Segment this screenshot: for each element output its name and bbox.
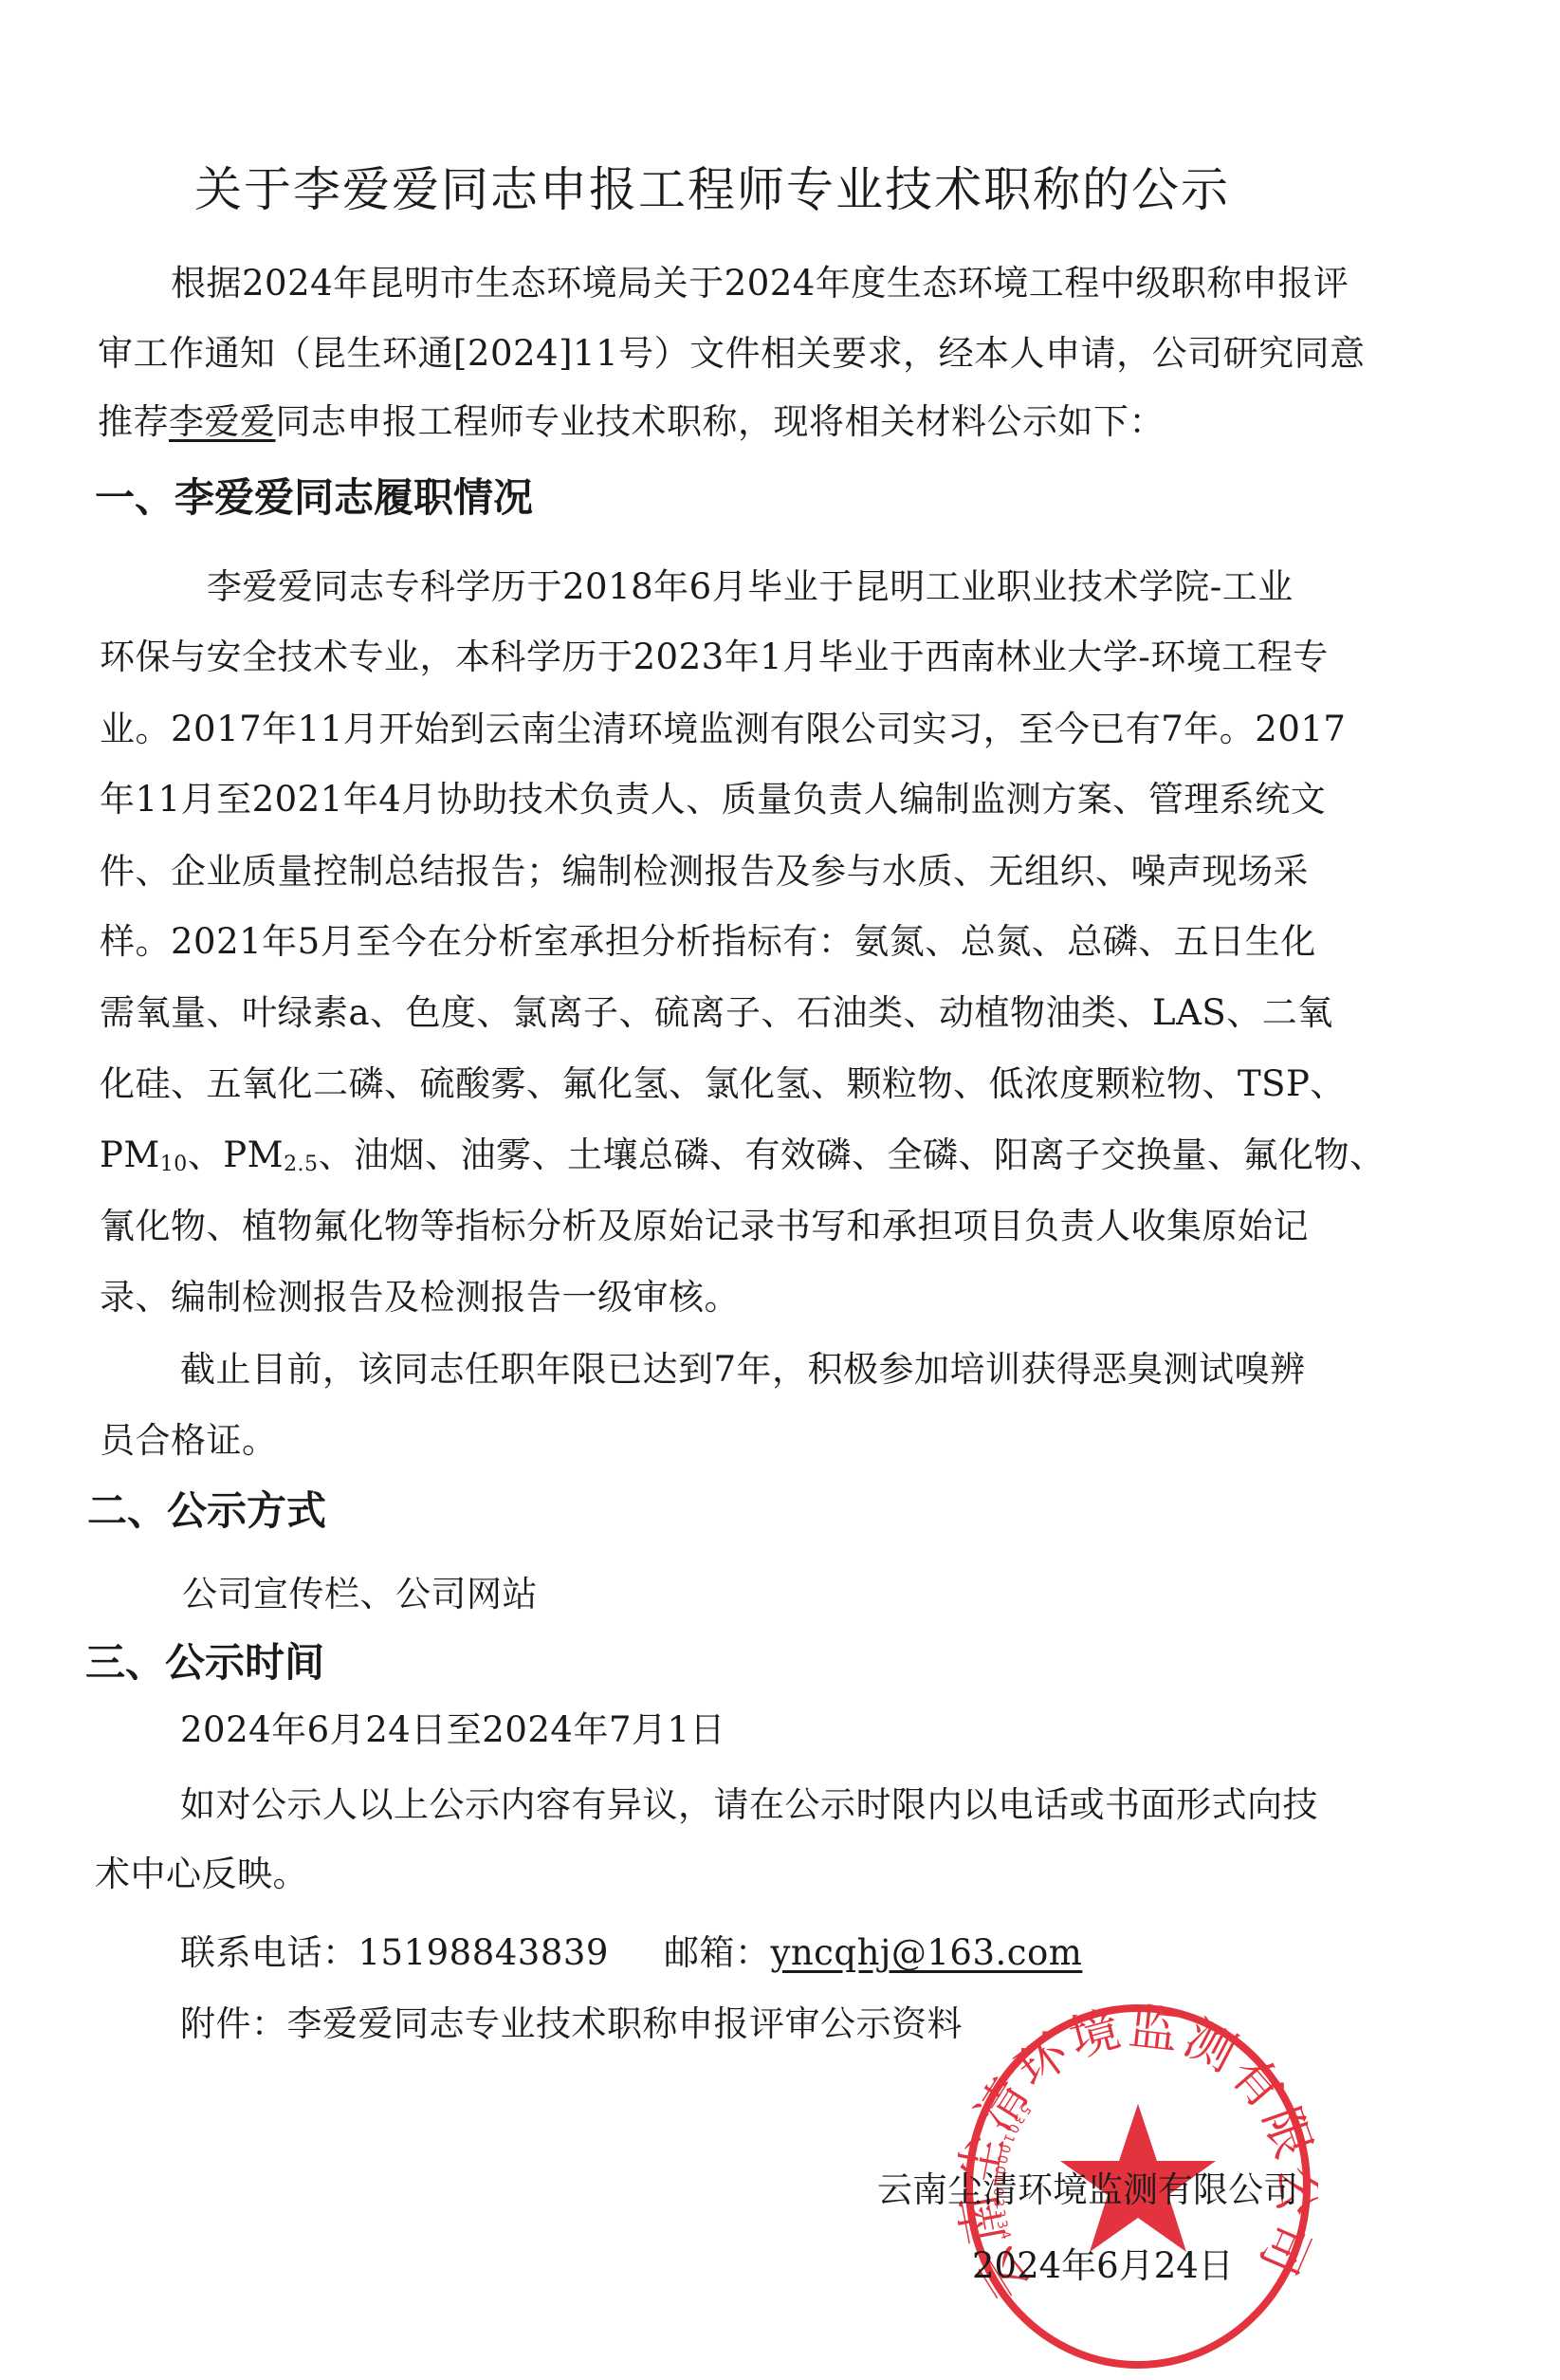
document-page: 关于李爱爱同志申报工程师专业技术职称的公示 根据2024年昆明市生态环境局关于2… xyxy=(0,0,1560,2380)
section-1-line: 李爱爱同志专科学历于2018年6月毕业于昆明工业职业技术学院-工业 xyxy=(207,558,1294,609)
phone-number: 15198843839 xyxy=(358,1932,609,1973)
section-1-line: 环保与安全技术专业，本科学历于2023年1月毕业于西南林业大学-环境工程专 xyxy=(100,628,1329,679)
section-1-line: 录、编制检测报告及检测报告一级审核。 xyxy=(100,1268,740,1319)
objection-line-2: 术中心反映。 xyxy=(95,1845,308,1896)
section-1-line: 氰化物、植物氟化物等指标分析及原始记录书写和承担项目负责人收集原始记 xyxy=(100,1197,1309,1248)
section-1-line: 年11月至2021年4月协助技术负责人、质量负责人编制监测方案、管理系统文 xyxy=(100,770,1326,821)
intro-line-3: 推荐李爱爱同志申报工程师专业技术职称，现将相关材料公示如下： xyxy=(98,393,1165,444)
section-1-line: 化硅、五氧化二磷、硫酸雾、氟化氢、氯化氢、颗粒物、低浓度颗粒物、TSP、 xyxy=(100,1055,1346,1106)
section-1-line: 需氧量、叶绿素a、色度、氯离子、硫离子、石油类、动植物油类、LAS、二氧 xyxy=(100,984,1333,1035)
intro-line-3-prefix: 推荐 xyxy=(98,401,169,442)
pm25-base: PM xyxy=(223,1135,284,1175)
pm25-subscript: 2.5 xyxy=(284,1153,319,1176)
document-title: 关于李爱爱同志申报工程师专业技术职称的公示 xyxy=(194,152,1238,220)
section-3-heading: 三、公示时间 xyxy=(85,1632,324,1688)
contact-line: 联系电话：15198843839邮箱：yncqhj@163.com xyxy=(180,1924,1082,1975)
signature-date: 2024年6月24日 xyxy=(972,2237,1234,2288)
section-2-heading: 二、公示方式 xyxy=(87,1480,326,1537)
pm10-subscript: 10 xyxy=(160,1153,188,1176)
section-1-line: 业。2017年11月开始到云南尘清环境监测有限公司实习，至今已有7年。2017 xyxy=(100,700,1346,751)
intro-line-2: 审工作通知（昆生环通[2024]11号）文件相关要求，经本人申请，公司研究同意 xyxy=(98,324,1366,376)
nominee-name: 李爱爱 xyxy=(169,401,276,442)
section-1-heading: 一、李爱爱同志履职情况 xyxy=(95,467,533,524)
publicity-period: 2024年6月24日至2024年7月1日 xyxy=(180,1701,725,1752)
section-1-pm-line: PM10、PM2.5、油烟、油雾、土壤总磷、有效磷、全磷、阳离子交换量、氟化物、 xyxy=(100,1126,1386,1177)
publicity-methods: 公司宣传栏、公司网站 xyxy=(182,1565,538,1616)
signature-company: 云南尘清环境监测有限公司 xyxy=(877,2161,1298,2212)
section-1-para2-line: 员合格证。 xyxy=(100,1411,278,1463)
attachment-note: 附件：李爱爱同志专业技术职称申报评审公示资料 xyxy=(180,1995,963,2046)
email-label: 邮箱： xyxy=(664,1932,771,1973)
intro-line-1: 根据2024年昆明市生态环境局关于2024年度生态环境工程中级职称申报评 xyxy=(171,254,1349,305)
section-1-line: 件、企业质量控制总结报告；编制检测报告及参与水质、无组织、噪声现场采 xyxy=(100,842,1309,894)
section-1-line: 样。2021年5月至今在分析室承担分析指标有：氨氮、总氮、总磷、五日生化 xyxy=(100,913,1316,964)
pm10-base: PM xyxy=(100,1135,160,1175)
intro-line-3-suffix: 同志申报工程师专业技术职称，现将相关材料公示如下： xyxy=(276,401,1165,442)
phone-label: 联系电话： xyxy=(180,1932,358,1973)
email-link[interactable]: yncqhj@163.com xyxy=(770,1932,1082,1973)
section-1-para2-line: 截止目前，该同志任职年限已达到7年，积极参加培训获得恶臭测试嗅辨 xyxy=(180,1340,1306,1392)
pm-separator: 、 xyxy=(188,1135,224,1175)
objection-line-1: 如对公示人以上公示内容有异议，请在公示时限内以电话或书面形式向技 xyxy=(180,1776,1318,1827)
pm-line-rest: 、油烟、油雾、土壤总磷、有效磷、全磷、阳离子交换量、氟化物、 xyxy=(319,1135,1386,1175)
